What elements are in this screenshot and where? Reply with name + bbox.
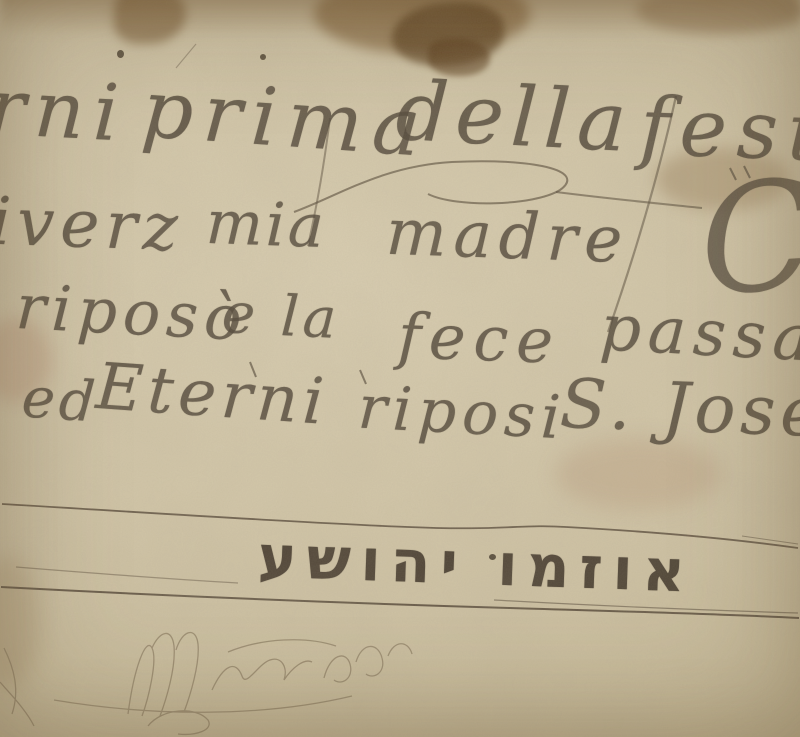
handwritten-word: S. Josef [559, 365, 800, 454]
handwritten-word: della [394, 64, 636, 171]
water-stain-blob [314, 0, 530, 54]
handwritten-word: fece [397, 299, 563, 378]
handwritten-word: prima [139, 62, 433, 175]
handwritten-word: Eterni [94, 350, 331, 440]
faded-stain-right-lower [556, 438, 721, 510]
water-stain-blob [114, 0, 186, 44]
faded-stain-corner [0, 556, 40, 686]
handwritten-word: iverz [0, 183, 185, 267]
pen-scribbles [0, 633, 412, 735]
handwritten-word: rni [0, 62, 130, 159]
handwritten-word: riposò [14, 270, 249, 355]
ink-dot [260, 54, 266, 60]
ink-dot [117, 50, 124, 58]
handwritten-word: passar [598, 291, 800, 378]
handwritten-word: madre [385, 196, 631, 278]
water-stain-dark-core [392, 2, 504, 66]
handwritten-word: mia [205, 188, 328, 262]
water-stain-top-band [0, 0, 800, 36]
handwritten-word: riposi [356, 373, 568, 454]
water-stain-top-right [636, 0, 800, 34]
handwritten-word: e la [220, 281, 341, 352]
handwritten-word: ed [20, 365, 101, 435]
manuscript-page: rni prima della festa iverz mia madre C … [0, 0, 800, 737]
hebrew-inscription: אוזמו יהושע [254, 522, 696, 605]
